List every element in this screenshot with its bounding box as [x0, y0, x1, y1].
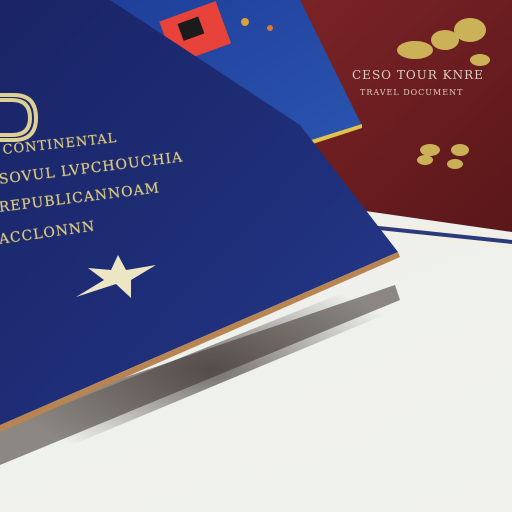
- red-passport-line-1: CESO TOUR KNRE: [352, 68, 484, 82]
- red-passport-line-2: TRAVEL DOCUMENT: [360, 88, 463, 97]
